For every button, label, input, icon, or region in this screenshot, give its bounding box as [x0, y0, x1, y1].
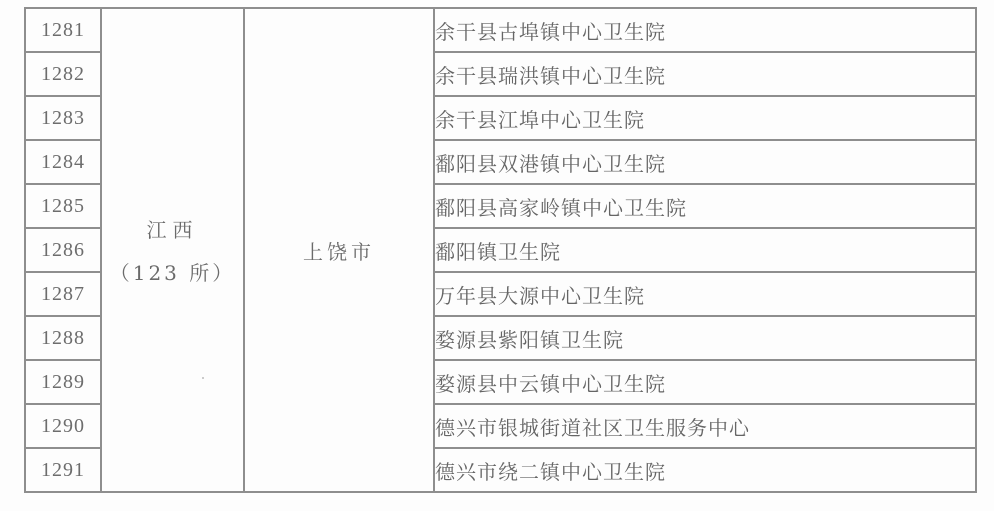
province-count: （123 所） — [102, 257, 243, 286]
scan-speck — [202, 377, 204, 379]
province-cell: 江西 （123 所） — [101, 8, 244, 492]
row-number: 1285 — [25, 184, 101, 228]
institution-name: 余干县古埠镇中心卫生院 — [434, 8, 976, 52]
province-name: 江西 — [102, 214, 243, 243]
row-number: 1291 — [25, 448, 101, 492]
row-number: 1282 — [25, 52, 101, 96]
row-number: 1288 — [25, 316, 101, 360]
institution-name: 婺源县紫阳镇卫生院 — [434, 316, 976, 360]
institution-name: 鄱阳镇卫生院 — [434, 228, 976, 272]
institution-name: 万年县大源中心卫生院 — [434, 272, 976, 316]
city-name: 上饶市 — [303, 240, 375, 264]
city-cell: 上饶市 — [244, 8, 434, 492]
institution-name: 鄱阳县高家岭镇中心卫生院 — [434, 184, 976, 228]
row-number: 1290 — [25, 404, 101, 448]
institution-name: 余干县瑞洪镇中心卫生院 — [434, 52, 976, 96]
institution-name: 余干县江埠中心卫生院 — [434, 96, 976, 140]
row-number: 1283 — [25, 96, 101, 140]
row-number: 1284 — [25, 140, 101, 184]
document-page: 1281 江西 （123 所） 上饶市 余干县古埠镇中心卫生院 1282 余干县… — [0, 0, 994, 511]
health-center-table: 1281 江西 （123 所） 上饶市 余干县古埠镇中心卫生院 1282 余干县… — [24, 7, 977, 493]
row-number: 1289 — [25, 360, 101, 404]
row-number: 1287 — [25, 272, 101, 316]
row-number: 1281 — [25, 8, 101, 52]
institution-name: 鄱阳县双港镇中心卫生院 — [434, 140, 976, 184]
institution-name: 婺源县中云镇中心卫生院 — [434, 360, 976, 404]
institution-name: 德兴市银城街道社区卫生服务中心 — [434, 404, 976, 448]
row-number: 1286 — [25, 228, 101, 272]
table-row: 1281 江西 （123 所） 上饶市 余干县古埠镇中心卫生院 — [25, 8, 976, 52]
institution-name: 德兴市绕二镇中心卫生院 — [434, 448, 976, 492]
